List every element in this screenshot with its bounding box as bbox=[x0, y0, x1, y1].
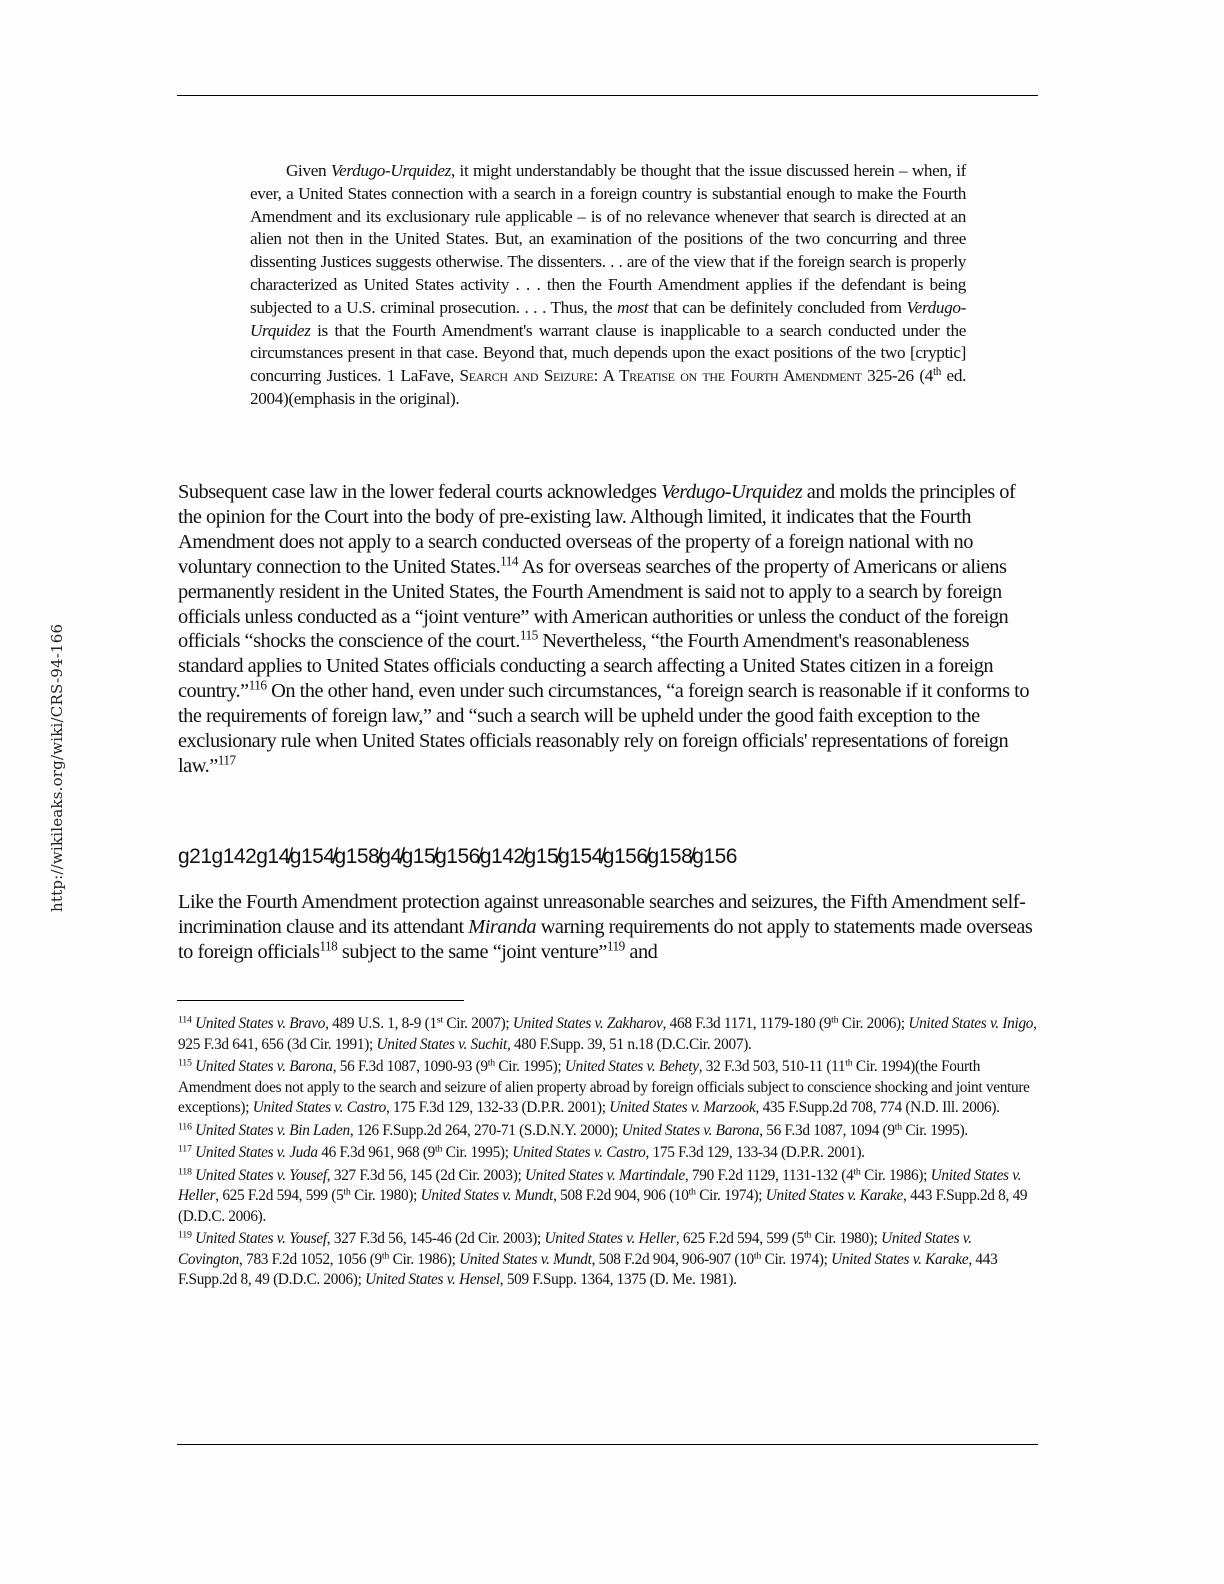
citation-text: , 790 F.2d 1129, 1131-132 (4 bbox=[685, 1167, 854, 1184]
footnote-number: 116 bbox=[178, 1121, 192, 1132]
footnote-114: 114 United States v. Bravo, 489 U.S. 1, … bbox=[178, 1014, 1038, 1055]
citation-text: Cir. 1974); bbox=[696, 1187, 766, 1204]
case-name: Verdugo-Urquidez bbox=[661, 481, 802, 503]
footnote-number: 114 bbox=[178, 1015, 192, 1026]
citation-text: , 435 F.Supp.2d 708, 774 (N.D. Ill. 2006… bbox=[756, 1099, 1000, 1116]
case-name: United States v. Heller bbox=[544, 1230, 675, 1247]
citation-text: , 32 F.3d 503, 510-11 (11 bbox=[699, 1058, 846, 1075]
footnote-116: 116 United States v. Bin Laden, 126 F.Su… bbox=[178, 1121, 1038, 1142]
case-name: United States v. Hensel bbox=[365, 1271, 500, 1288]
citation-text: , 509 F.Supp. 1364, 1375 (D. Me. 1981). bbox=[500, 1271, 737, 1288]
ordinal-suffix: th bbox=[853, 1166, 860, 1177]
case-name: United States v. Martindale bbox=[525, 1167, 685, 1184]
footnote-separator bbox=[177, 1000, 464, 1001]
footnote-number: 118 bbox=[178, 1166, 192, 1177]
citation-text: , 480 F.Supp. 39, 51 n.18 (D.C.Cir. 2007… bbox=[507, 1036, 752, 1053]
section-heading: g21g142g14̸g154̸g158̸g4̸̸g15̸g156̸g142̸g… bbox=[178, 845, 737, 869]
footnote-ref[interactable]: 116 bbox=[249, 678, 267, 693]
case-name: United States v. Yousef bbox=[195, 1230, 327, 1247]
citation-text: , 489 U.S. 1, 8-9 (1 bbox=[325, 1015, 437, 1032]
case-name: United States v. Inigo bbox=[908, 1015, 1033, 1032]
citation-text: , 327 F.3d 56, 145 (2d Cir. 2003); bbox=[327, 1167, 525, 1184]
citation-text: Cir. 1995). bbox=[902, 1122, 968, 1139]
citation-text: Cir. 1974); bbox=[761, 1251, 831, 1268]
footnote-118: 118 United States v. Yousef, 327 F.3d 56… bbox=[178, 1166, 1038, 1228]
citation-text: , 56 F.3d 1087, 1090-93 (9 bbox=[333, 1058, 488, 1075]
citation-text: 46 F.3d 961, 968 (9 bbox=[318, 1144, 435, 1161]
case-name: Verdugo-Urquidez bbox=[331, 161, 451, 180]
citation-text: , 783 F.2d 1052, 1056 (9 bbox=[239, 1251, 382, 1268]
case-name: United States v. Suchit bbox=[377, 1036, 507, 1053]
case-name: United States v. Barona bbox=[195, 1058, 333, 1075]
citation-text: Cir. 2007); bbox=[443, 1015, 513, 1032]
case-name: United States v. Bravo bbox=[195, 1015, 325, 1032]
footnote-ref[interactable]: 115 bbox=[520, 628, 538, 643]
case-name: United States v. Mundt bbox=[459, 1251, 591, 1268]
source-url-watermark: http://wikileaks.org/wiki/CRS-94-166 bbox=[48, 624, 66, 912]
citation-text: , 468 F.3d 1171, 1179-180 (9 bbox=[663, 1015, 832, 1032]
citation-text: , 175 F.3d 129, 132-33 (D.P.R. 2001); bbox=[386, 1099, 609, 1116]
footnote-115: 115 United States v. Barona, 56 F.3d 108… bbox=[178, 1057, 1038, 1119]
case-name: United States v. Yousef bbox=[195, 1167, 327, 1184]
case-name: United States v. Mundt bbox=[421, 1187, 553, 1204]
ordinal-suffix: th bbox=[382, 1250, 389, 1261]
footnote-number: 115 bbox=[178, 1058, 192, 1069]
citation-text: Cir. 1980); bbox=[811, 1230, 881, 1247]
ordinal-suffix: th bbox=[343, 1187, 350, 1198]
citation-text: , 508 F.2d 904, 906-907 (10 bbox=[592, 1251, 754, 1268]
case-name: United States v. Marzook bbox=[609, 1099, 755, 1116]
block-quote: Given Verdugo-Urquidez, it might underst… bbox=[250, 160, 966, 411]
footnote-number: 117 bbox=[178, 1144, 192, 1155]
ordinal-suffix: th bbox=[754, 1250, 761, 1261]
footnotes: 114 United States v. Bravo, 489 U.S. 1, … bbox=[178, 1014, 1038, 1293]
citation-text: , 56 F.3d 1087, 1094 (9 bbox=[759, 1122, 895, 1139]
citation-text: , 508 F.2d 904, 906 (10 bbox=[553, 1187, 689, 1204]
citation-text: , 625 F.2d 594, 599 (5 bbox=[215, 1187, 343, 1204]
ordinal-suffix: th bbox=[488, 1058, 495, 1069]
footnote-ref[interactable]: 118 bbox=[319, 939, 337, 954]
case-name: United States v. Castro bbox=[512, 1144, 645, 1161]
footnote-number: 119 bbox=[178, 1230, 192, 1241]
ordinal-suffix: th bbox=[895, 1121, 902, 1132]
header-rule bbox=[177, 95, 1038, 96]
citation-text: Cir. 2006); bbox=[838, 1015, 908, 1032]
case-name: United States v. Karake bbox=[766, 1187, 903, 1204]
body-paragraph-2: Like the Fourth Amendment protection aga… bbox=[178, 890, 1038, 965]
ordinal-suffix: th bbox=[689, 1187, 696, 1198]
footnote-ref[interactable]: 119 bbox=[607, 939, 625, 954]
emphasis: most bbox=[617, 298, 648, 317]
footnote-ref[interactable]: 117 bbox=[218, 753, 236, 768]
case-name: United States v. Zakharov bbox=[513, 1015, 663, 1032]
citation-text: , 625 F.2d 594, 599 (5 bbox=[676, 1230, 804, 1247]
case-name: United States v. Juda bbox=[195, 1144, 318, 1161]
citation-text: Cir. 1986); bbox=[389, 1251, 459, 1268]
case-name: United States v. Bin Laden bbox=[195, 1122, 350, 1139]
case-name: United States v. Barona bbox=[622, 1122, 760, 1139]
case-name: United States v. Karake bbox=[831, 1251, 968, 1268]
citation-text: Cir. 1980); bbox=[351, 1187, 421, 1204]
treatise-title: Search and Seizure: A Treatise on the Fo… bbox=[460, 366, 862, 385]
citation-text: Cir. 1995); bbox=[495, 1058, 565, 1075]
citation-text: , 327 F.3d 56, 145-46 (2d Cir. 2003); bbox=[327, 1230, 545, 1247]
case-name: United States v. Behety bbox=[565, 1058, 699, 1075]
case-name: United States v. Castro bbox=[253, 1099, 386, 1116]
case-name: Miranda bbox=[468, 916, 536, 938]
footnote-119: 119 United States v. Yousef, 327 F.3d 56… bbox=[178, 1229, 1038, 1291]
citation-text: Cir. 1995); bbox=[442, 1144, 512, 1161]
citation-text: , 175 F.3d 129, 133-34 (D.P.R. 2001). bbox=[646, 1144, 865, 1161]
footnote-117: 117 United States v. Juda 46 F.3d 961, 9… bbox=[178, 1143, 1038, 1164]
footnote-ref[interactable]: 114 bbox=[500, 553, 518, 568]
citation-text: , 126 F.Supp.2d 264, 270-71 (S.D.N.Y. 20… bbox=[350, 1122, 622, 1139]
citation-text: Cir. 1986); bbox=[861, 1167, 931, 1184]
body-paragraph-1: Subsequent case law in the lower federal… bbox=[178, 480, 1038, 779]
footer-rule bbox=[177, 1444, 1038, 1445]
